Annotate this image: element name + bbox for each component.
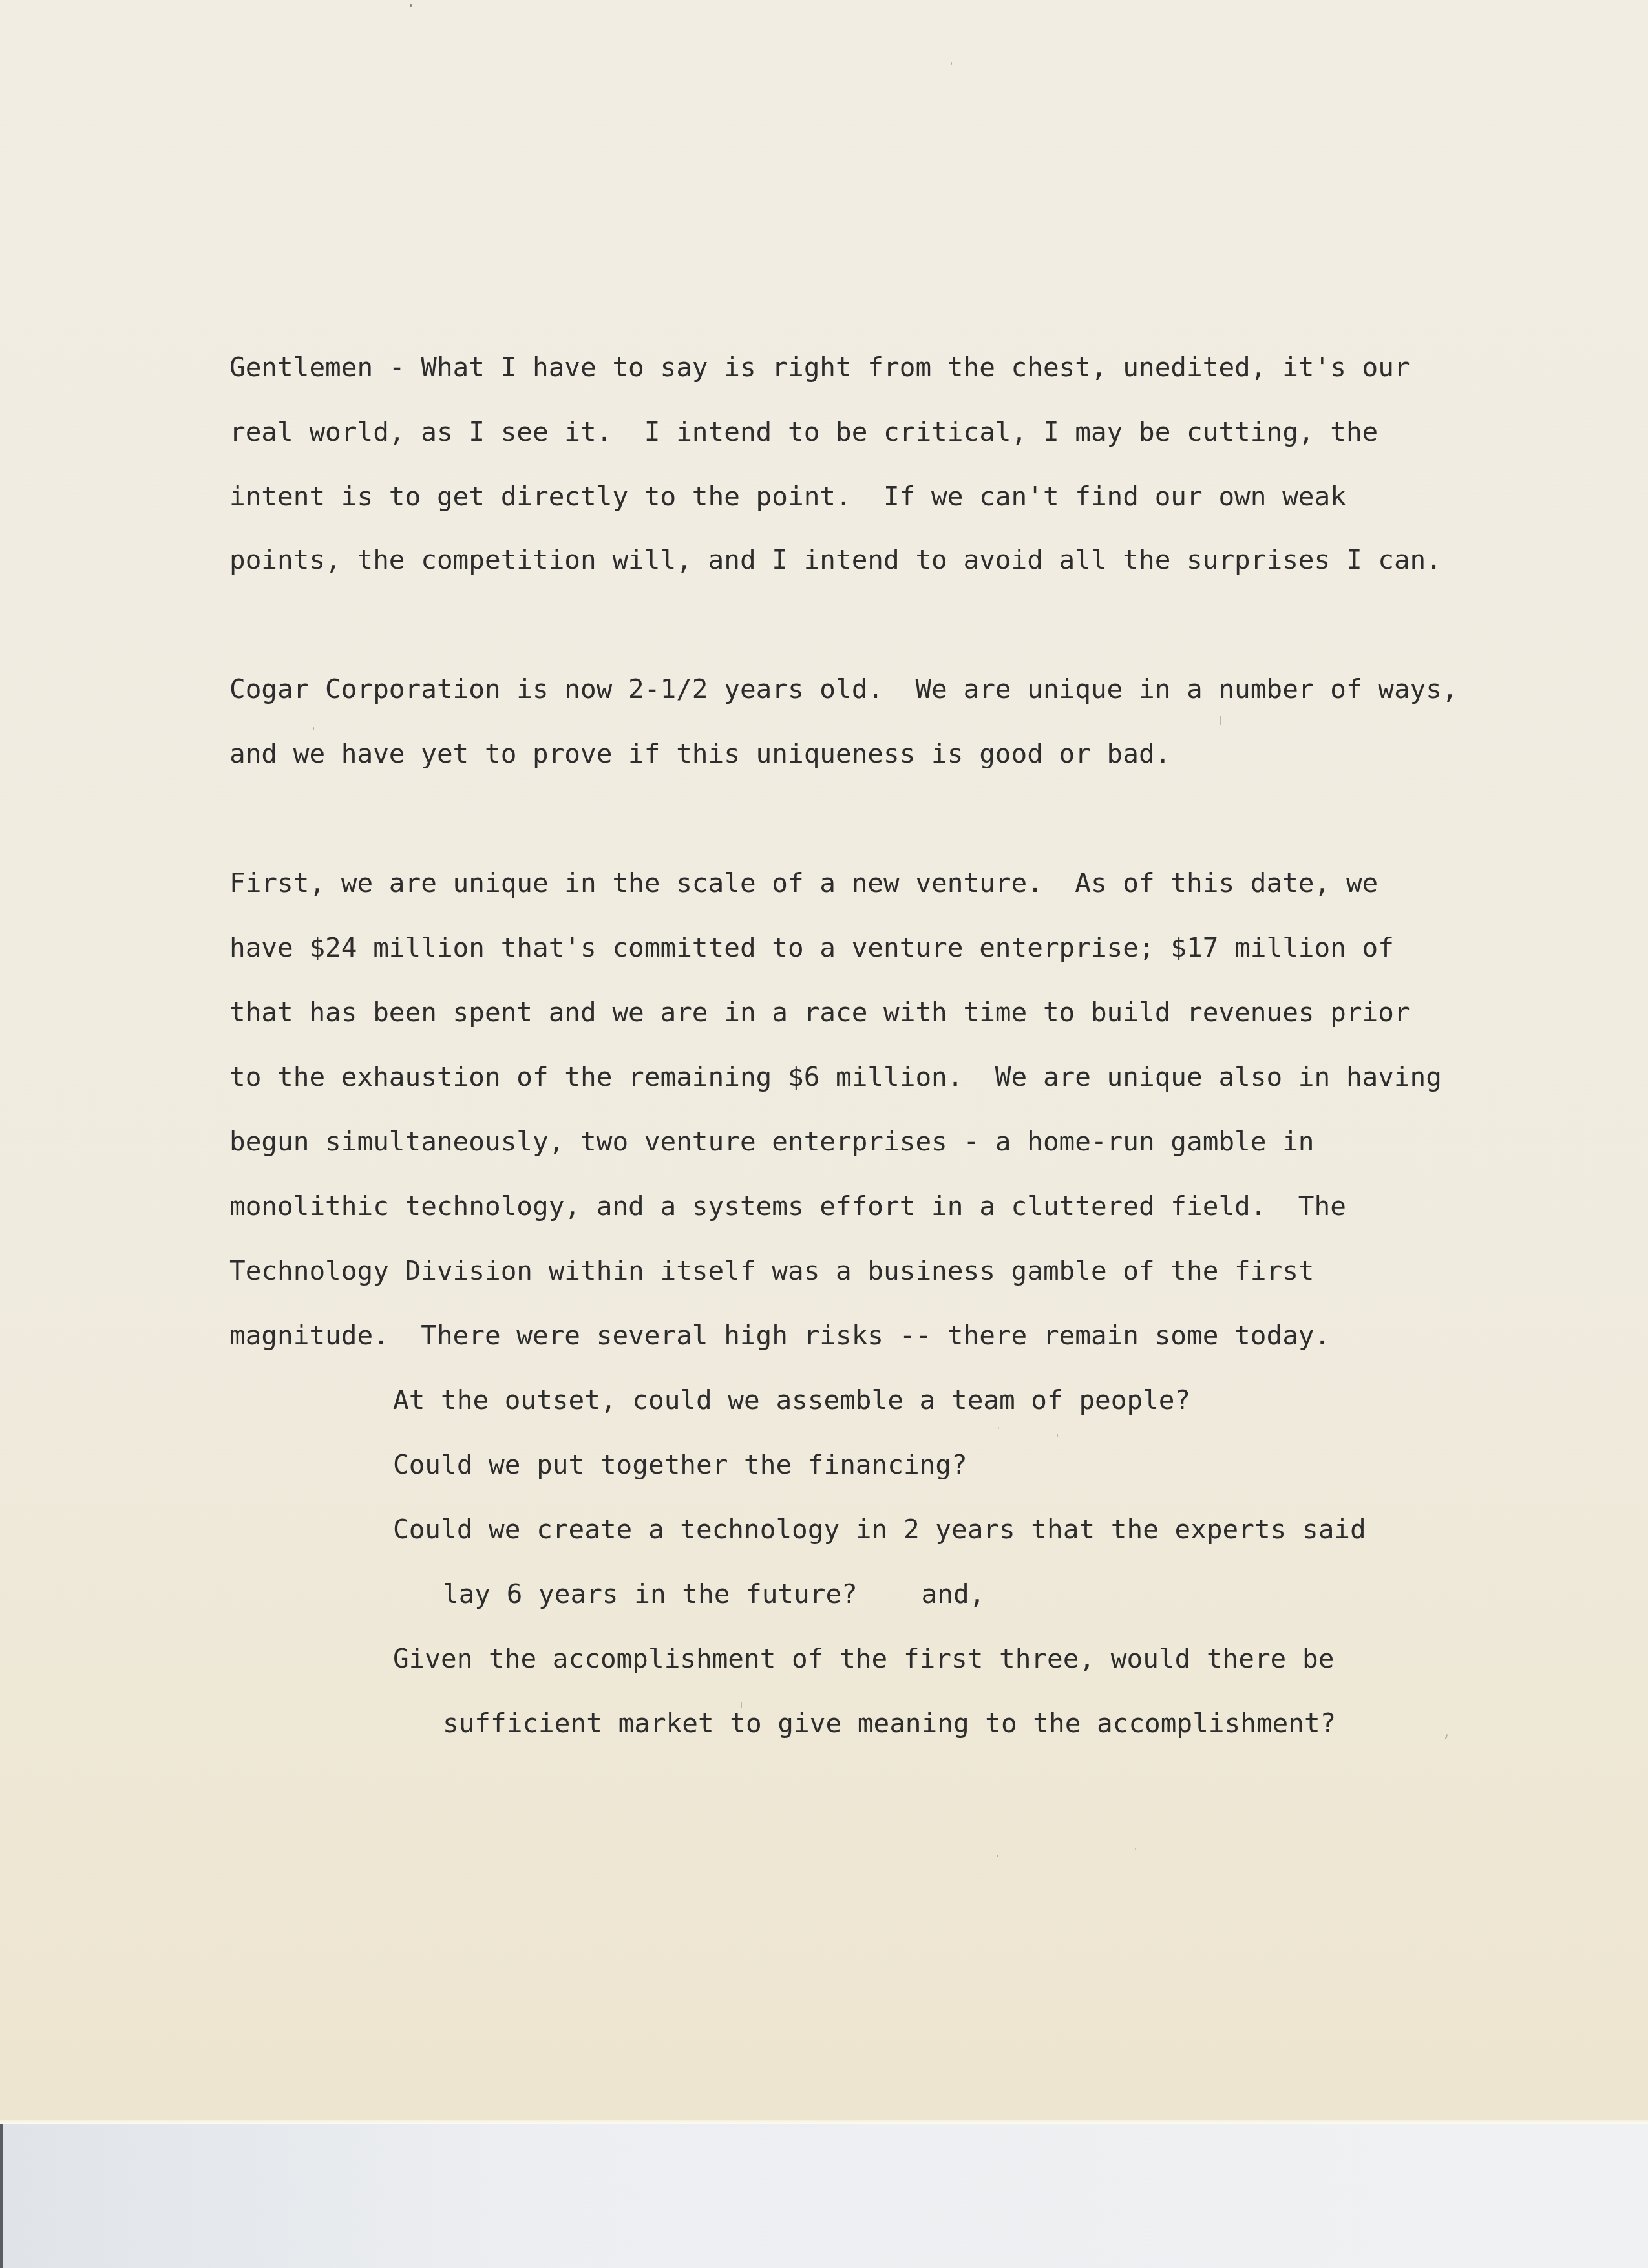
text-line: begun simultaneously, two venture enterp… bbox=[229, 1109, 1315, 1174]
paper-speck bbox=[410, 4, 412, 7]
paper-speck bbox=[997, 1855, 998, 1857]
text-line: At the outset, could we assemble a team … bbox=[393, 1368, 1190, 1432]
scanner-background bbox=[0, 2124, 1648, 2268]
text-line: Could we put together the financing? bbox=[393, 1432, 967, 1497]
text-line: Gentlemen - What I have to say is right … bbox=[229, 335, 1410, 399]
text-line: Cogar Corporation is now 2-1/2 years old… bbox=[229, 657, 1458, 721]
text-line: monolithic technology, and a systems eff… bbox=[229, 1174, 1346, 1238]
text-line-continuation: lay 6 years in the future? and, bbox=[443, 1562, 985, 1626]
text-line: that has been spent and we are in a race… bbox=[229, 980, 1410, 1044]
text-line: magnitude. There were several high risks… bbox=[229, 1303, 1330, 1368]
paper-speck bbox=[951, 62, 952, 65]
text-line: points, the competition will, and I inte… bbox=[229, 527, 1442, 592]
text-line: intent is to get directly to the point. … bbox=[229, 464, 1346, 529]
text-line: Could we create a technology in 2 years … bbox=[393, 1497, 1366, 1562]
text-line: real world, as I see it. I intend to be … bbox=[229, 399, 1378, 464]
text-line: and we have yet to prove if this uniquen… bbox=[229, 721, 1170, 786]
paper-speck bbox=[1135, 1848, 1136, 1850]
text-line: Given the accomplishment of the first th… bbox=[393, 1626, 1334, 1691]
scanner-edge-strip bbox=[0, 2124, 3, 2268]
text-line: to the exhaustion of the remaining $6 mi… bbox=[229, 1044, 1442, 1109]
paper-speck bbox=[1057, 1434, 1058, 1437]
text-line: First, we are unique in the scale of a n… bbox=[229, 851, 1378, 915]
text-line: have $24 million that's committed to a v… bbox=[229, 915, 1394, 980]
text-line-continuation: sufficient market to give meaning to the… bbox=[443, 1691, 1336, 1755]
text-line: Technology Division within itself was a … bbox=[229, 1238, 1315, 1303]
